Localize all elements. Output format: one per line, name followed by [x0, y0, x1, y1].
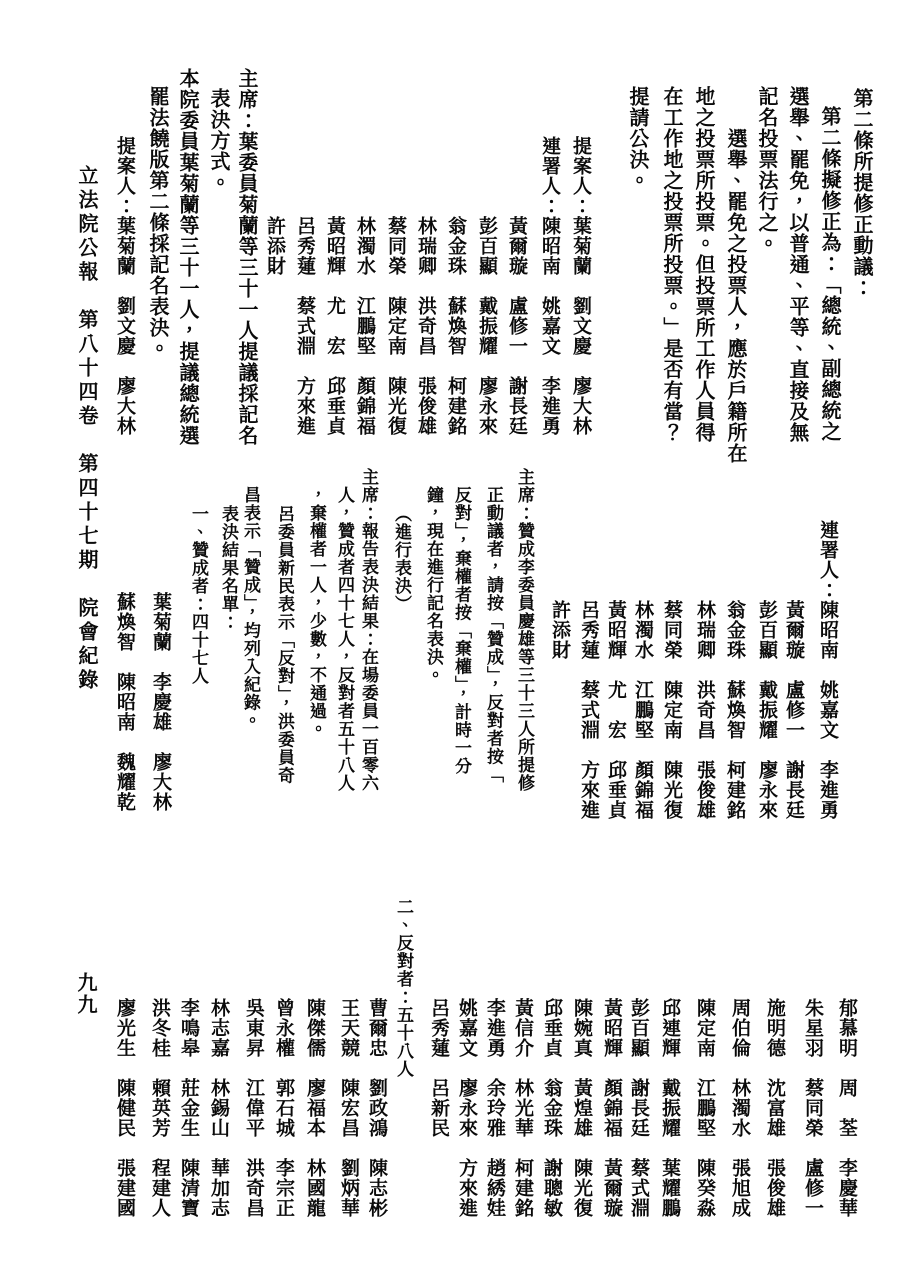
name-list-column: 洪冬桂 賴英芳 程建人	[145, 998, 173, 1218]
motion-text-column: 罷法饒版第二條採記名表決。	[143, 86, 171, 359]
name-list-column: 葉菊蘭 李慶雄 廖大林	[146, 592, 174, 812]
name-list-column: 許添財	[545, 600, 573, 660]
name-list-column: 彭百顯 戴振耀 廖永來	[472, 216, 500, 436]
name-list-column: 施明德 沈富雄 張俊雄	[760, 998, 788, 1218]
speaker-text-column: 正動議者，請按「贊成」，反對者按「	[479, 486, 507, 784]
name-list-column: 陳傑儒 廖福本 林國龍	[300, 998, 328, 1218]
cosigner-list-column: 連署人：陳昭南 姚嘉文 李進勇	[813, 520, 841, 820]
name-list-column: 呂秀蓮 蔡式淵 方來進	[290, 216, 318, 436]
speaker-text-column: 反對」，棄權者按「棄權」，計時一分	[447, 486, 475, 775]
motion-text-column: 地之投票所投票。但投票所工作人員得	[689, 86, 717, 443]
motion-text-column: 選舉、罷免，以普通、平等、直接及無	[783, 86, 811, 443]
name-list-column: 林濁水 江鵬堅 顏錦福	[350, 216, 378, 436]
name-list-column: 黃信介 林光華 柯建銘	[508, 998, 536, 1218]
motion-text-column: 選舉、罷免之投票人，應於戶籍所在	[721, 128, 749, 464]
motion-text-column: 本院委員葉菊蘭等三十一人，提議總統選	[173, 68, 201, 446]
name-list-column: 姚嘉文 廖永來 方來進	[452, 998, 480, 1218]
name-list-column: 邱連輝 戴振耀 葉耀鵬	[655, 998, 683, 1218]
cosigner-list-column: 連署人：陳昭南 姚嘉文 李進勇	[535, 136, 563, 436]
name-list-column: 李鳴皋 莊金生 陳清寶	[174, 998, 202, 1218]
name-list-column: 郁慕明 周 荃 李慶華	[832, 998, 860, 1218]
motion-heading-column: 第二條所提修正動議：	[847, 88, 875, 298]
name-list-column: 翁金珠 蘇煥智 柯建銘	[720, 600, 748, 820]
section-header-column: 二、反對者：五十八人	[389, 898, 417, 1078]
speaker-text-column: 鐘，現在進行記名表決。	[419, 486, 447, 684]
name-list-column: 林瑞卿 洪奇昌 張俊雄	[411, 216, 439, 436]
speaker-text-column: 主席：贊成李委員慶雄等三十三人所提修	[510, 468, 538, 792]
speaker-text-column: ，棄權者一人，少數，不通過。	[302, 486, 330, 738]
name-list-column: 蔡同榮 陳定南 陳光復	[381, 216, 409, 436]
stage-direction-column: （進行表決）	[387, 505, 415, 613]
name-list-column: 黃昭輝 尤 宏 邱垂貞	[320, 216, 348, 436]
name-list-column: 王天競 陳宏昌 劉炳華	[334, 998, 362, 1218]
sidebar-title: 立法院公報 第八十四卷 第四十七期 院會紀錄	[72, 165, 100, 693]
name-list-column: 吳東昇 江偉平 洪奇昌	[239, 998, 267, 1218]
name-list-column: 蔡同榮 陳定南 陳光復	[657, 600, 685, 820]
name-list-column: 林濁水 江鵬堅 顏錦福	[628, 600, 656, 820]
name-list-column: 翁金珠 蘇煥智 柯建銘	[441, 216, 469, 436]
page-number: 九九	[71, 972, 99, 1016]
name-list-column: 曾永權 郭石城 李宗正	[269, 998, 297, 1218]
proposer-list-column: 提案人：葉菊蘭 劉文慶 廖大林	[566, 136, 594, 436]
section-header-column: 一、贊成者：四十七人	[184, 505, 212, 685]
name-list-column: 黃爾璇 盧修一 謝長廷	[502, 216, 530, 436]
name-list-column: 許添財	[260, 216, 288, 276]
gazette-page: 立法院公報 第八十四卷 第四十七期 院會紀錄 九九 第二條所提修正動議：第二條擬…	[0, 0, 918, 1280]
speaker-text-column: 主席：葉委員菊蘭等三十一人提議採記名	[232, 68, 260, 446]
name-list-column: 廖光生 陳健民 張建國	[110, 998, 138, 1218]
name-list-column: 李進勇 余玲雅 趙綉娃	[480, 998, 508, 1218]
speaker-text-column: 人，贊成者四十七人，反對者五十八人	[330, 486, 358, 792]
name-list-column: 彭百顯 戴振耀 廖永來	[752, 600, 780, 820]
name-list-column: 曹爾忠 劉政鴻 陳志彬	[362, 998, 390, 1218]
motion-text-column: 提請公決。	[623, 86, 651, 191]
speaker-text-column: 主席：報告表決結果：在場委員一百零六	[354, 468, 382, 792]
name-list-column: 陳婉真 黃煌雄 陳光復	[567, 998, 595, 1218]
name-list-column: 呂秀蓮 呂新民	[424, 998, 452, 1138]
name-list-column: 朱星羽 蔡同榮 盧修一	[798, 998, 826, 1218]
name-list-column: 林志嘉 林錫山 華加志	[204, 998, 232, 1218]
name-list-column: 周伯倫 林濁水 張旭成	[725, 998, 753, 1218]
name-list-column: 黃昭輝 顏錦福 黃爾璇	[597, 998, 625, 1218]
name-list-column: 邱垂貞 翁金珠 謝聰敏	[537, 998, 565, 1218]
proposer-list-column: 提案人：葉菊蘭 劉文慶 廖大林	[110, 136, 138, 436]
vote-result-heading-column: 表決結果名單：	[214, 505, 242, 631]
speaker-text-column: 呂委員新民表示「反對」，洪委員奇	[270, 505, 298, 785]
name-list-column: 黃爾璇 盧修一 謝長廷	[779, 600, 807, 820]
name-list-column: 蘇煥智 陳昭南 魏耀乾	[110, 592, 138, 812]
name-list-column: 陳定南 江鵬堅 陳癸淼	[690, 998, 718, 1218]
motion-text-column: 在工作地之投票所投票。」是否有當？	[657, 86, 685, 443]
speaker-text-column: 表決方式。	[204, 88, 232, 193]
name-list-column: 呂秀蓮 蔡式淵 方來進	[574, 600, 602, 820]
motion-text-column: 第二條擬修正為：「總統、副總統之	[815, 106, 843, 442]
name-list-column: 黃昭輝 尤 宏 邱垂貞	[601, 600, 629, 820]
name-list-column: 林瑞卿 洪奇昌 張俊雄	[690, 600, 718, 820]
name-list-column: 彭百顯 謝長廷 蔡式淵	[624, 998, 652, 1218]
motion-text-column: 記名投票法行之。	[752, 86, 780, 254]
